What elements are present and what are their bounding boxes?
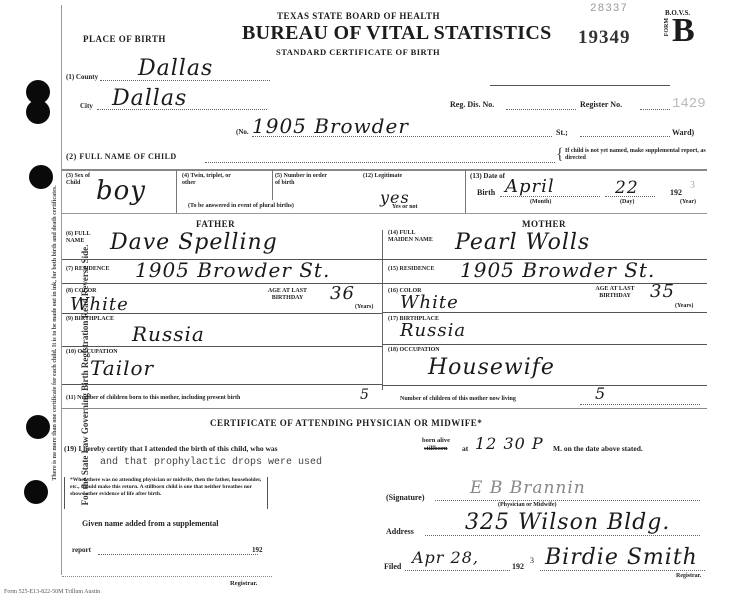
certificate-subtitle: STANDARD CERTIFICATE OF BIRTH <box>276 47 440 57</box>
county-value: Dallas <box>138 56 213 81</box>
birth-year-value: 3 <box>690 180 695 191</box>
signature-caption: (Physician or Midwife) <box>498 502 557 509</box>
mother-age-label: AGE AT LAST BIRTHDAY <box>585 286 645 300</box>
father-age-label: AGE AT LAST BIRTHDAY <box>260 288 315 302</box>
month-caption: (Month) <box>530 199 551 206</box>
sex-label: (3) Sex of Child <box>66 173 96 187</box>
col-sep-sex <box>176 170 177 214</box>
dob-label: (13) Date of <box>470 173 505 180</box>
year-prefix: 192 <box>670 188 682 197</box>
full-name-child-label: (2) FULL NAME OF CHILD <box>66 152 177 161</box>
register-label: Register No. <box>580 100 622 109</box>
unnamed-note: If child is not yet named, make suppleme… <box>565 148 715 162</box>
report-registrar-label: Registrar. <box>230 580 257 587</box>
unnamed-brace: { <box>556 146 564 164</box>
day-caption: (Day) <box>620 199 634 206</box>
children-living-line <box>580 404 700 405</box>
father-age-value: 36 <box>330 283 355 304</box>
stillborn-text: stillborn <box>424 445 447 452</box>
register-value: 1429 <box>672 96 706 112</box>
mother-color-value: White <box>400 292 459 313</box>
birth-month-value: April <box>505 176 555 197</box>
children-living-label: Number of children of this mother now li… <box>400 396 516 403</box>
signature-label: (Signature) <box>386 493 425 502</box>
certify-statement: (19) I hereby certify that I attended th… <box>64 444 278 453</box>
physician-address: 325 Wilson Bldg. <box>465 510 670 535</box>
mother-age-value: 35 <box>650 281 675 302</box>
punch-hole-4 <box>26 415 50 439</box>
parent-divider <box>382 230 383 390</box>
physician-signature: E B Brannin <box>470 478 586 498</box>
reg-dis-label: Reg. Dis. No. <box>450 100 494 109</box>
report-registrar-line <box>62 576 272 577</box>
registrar-signature: Birdie Smith <box>545 545 698 570</box>
father-heading: FATHER <box>196 219 235 229</box>
sex-value: boy <box>96 176 146 206</box>
father-birthplace-value: Russia <box>132 322 205 346</box>
footnote-bracket-right <box>267 477 270 509</box>
children-living-value: 5 <box>595 384 606 403</box>
mother-heading: MOTHER <box>522 219 566 229</box>
mother-occupation-line <box>382 385 707 386</box>
father-birthplace-label: (9) BIRTHPLACE <box>66 316 114 323</box>
father-occupation-label: (10) OCCUPATION <box>66 349 118 356</box>
mother-birthplace-value: Russia <box>400 320 466 341</box>
registrar-caption: Registrar. <box>676 573 701 580</box>
place-of-birth-label: PLACE OF BIRTH <box>83 34 166 44</box>
birth-time-value: 12 30 P <box>475 434 544 453</box>
registrar-line <box>540 570 705 571</box>
form-letter: B <box>672 14 695 48</box>
legitimate-label: (12) Legitimate <box>363 173 402 180</box>
statement-suffix: M. on the date above stated. <box>553 444 643 453</box>
plural-note: (To be answered in event of plural birth… <box>188 203 294 210</box>
address-line <box>425 535 700 536</box>
row-sep-1 <box>62 169 707 171</box>
col-sep-twin <box>272 170 273 200</box>
midwife-footnote: *When there was no attending physician o… <box>70 477 265 498</box>
supplemental-label: Given name added from a supplemental <box>82 519 219 528</box>
punch-hole-3 <box>29 165 53 189</box>
father-occupation-value: Tailor <box>90 356 154 380</box>
county-label: (1) County <box>66 74 98 81</box>
mother-years-caption: (Years) <box>675 303 693 310</box>
order-label: (5) Number in order of birth <box>275 173 333 187</box>
form-label: FORM <box>664 18 671 36</box>
left-border <box>61 5 62 575</box>
bureau-title: BUREAU OF VITAL STATISTICS <box>242 22 552 45</box>
mother-occupation-label: (18) OCCUPATION <box>388 347 440 354</box>
filed-year: 3 <box>530 556 534 565</box>
col-sep-legit <box>465 170 466 214</box>
city-line <box>97 109 267 110</box>
father-birthplace-line <box>62 346 382 347</box>
filed-year-prefix: 192 <box>512 562 524 571</box>
county-line <box>100 80 270 81</box>
father-residence-label: (7) RESIDENCE <box>66 266 110 273</box>
mother-color-line <box>382 312 707 313</box>
street-suffix-label: St.; <box>556 128 568 137</box>
father-occupation-line <box>62 384 382 385</box>
born-alive-text: born alive <box>422 437 450 444</box>
signature-line <box>435 500 700 501</box>
punch-hole-5 <box>24 480 48 504</box>
month-line <box>500 196 600 197</box>
prophylactic-typed-note: and that prophylactic drops were used <box>100 457 322 468</box>
place-separator <box>490 85 670 86</box>
father-name-label: (6) FULL NAME <box>66 231 106 245</box>
ward-label: Ward) <box>672 128 694 137</box>
address-label: Address <box>386 527 414 536</box>
row-sep-children <box>62 408 707 409</box>
reg-dis-line <box>506 109 576 110</box>
father-years-caption: (Years) <box>355 304 373 311</box>
child-name-line <box>205 162 555 163</box>
file-number-stamp: 19349 <box>578 27 631 49</box>
mother-name-label: (14) FULL MAIDEN NAME <box>388 230 438 244</box>
birth-day-value: 22 <box>615 178 639 198</box>
street-line <box>252 136 552 137</box>
filed-date-line <box>405 570 510 571</box>
city-label: City <box>80 103 93 110</box>
form-code-footer: Form 525-E13-822-50M Trillum Austin <box>4 589 100 595</box>
ward-line <box>580 136 670 137</box>
children-born-label: (11) Number of children born to this mot… <box>66 395 240 402</box>
sidebar-fine-print: There is no more than one certificate fo… <box>52 143 58 523</box>
mother-birthplace-line <box>382 344 707 345</box>
legitimate-sub: Yes or not <box>392 204 418 211</box>
father-name-value: Dave Spelling <box>110 230 278 255</box>
day-line <box>605 196 655 197</box>
report-label: report <box>72 547 91 554</box>
father-color-line <box>62 313 382 314</box>
punch-hole-2 <box>26 100 50 124</box>
father-color-value: White <box>70 294 129 315</box>
report-line <box>98 554 258 555</box>
birth-label: Birth <box>477 188 495 197</box>
mother-name-value: Pearl Wolls <box>455 230 590 255</box>
agency-name: TEXAS STATE BOARD OF HEALTH <box>277 11 440 21</box>
faint-stamp-number: 28337 <box>590 3 628 15</box>
register-line <box>640 109 670 110</box>
filed-date: Apr 28, <box>412 548 479 567</box>
mother-residence-value: 1905 Browder St. <box>460 258 655 282</box>
filed-label: Filed <box>384 562 401 571</box>
report-year: 192 <box>252 547 263 554</box>
row-sep-2 <box>62 213 707 214</box>
father-residence-value: 1905 Browder St. <box>135 258 330 282</box>
footnote-bracket-left <box>64 477 67 509</box>
street-no-label: (No. <box>236 129 249 136</box>
city-value: Dallas <box>112 86 187 111</box>
at-label: at <box>462 444 468 453</box>
mother-residence-label: (15) RESIDENCE <box>388 266 435 273</box>
certificate-heading: CERTIFICATE OF ATTENDING PHYSICIAN OR MI… <box>210 418 482 428</box>
year-caption: (Year) <box>680 199 696 206</box>
twin-label: (4) Twin, triplet, or other <box>182 173 242 187</box>
sidebar-law-note: For the State Law Governing Birth Regist… <box>80 195 90 555</box>
street-value: 1905 Browder <box>252 114 409 138</box>
mother-occupation-value: Housewife <box>428 355 555 380</box>
children-born-value: 5 <box>360 387 370 403</box>
